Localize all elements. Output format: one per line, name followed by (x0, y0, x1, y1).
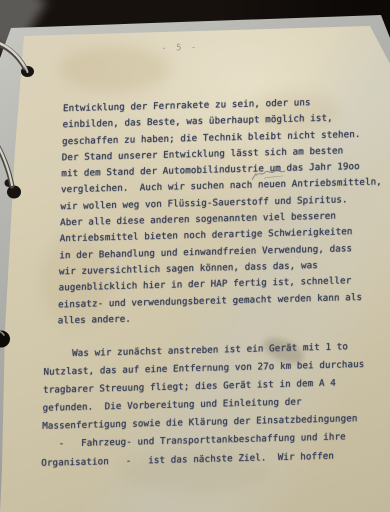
typewritten-text-layer: - 5 - Entwicklung der Fernrakete zu sein… (0, 0, 390, 512)
page-number: - 5 - (161, 43, 198, 54)
museum-photo-scene: - 5 - Entwicklung der Fernrakete zu sein… (0, 0, 390, 512)
paragraph-1: Entwicklung der Fernrakete zu sein, oder… (57, 93, 383, 329)
paragraph-2: Was wir zunächst anstreben ist ein Gerät… (41, 338, 365, 473)
handwritten-insertion (250, 167, 290, 182)
